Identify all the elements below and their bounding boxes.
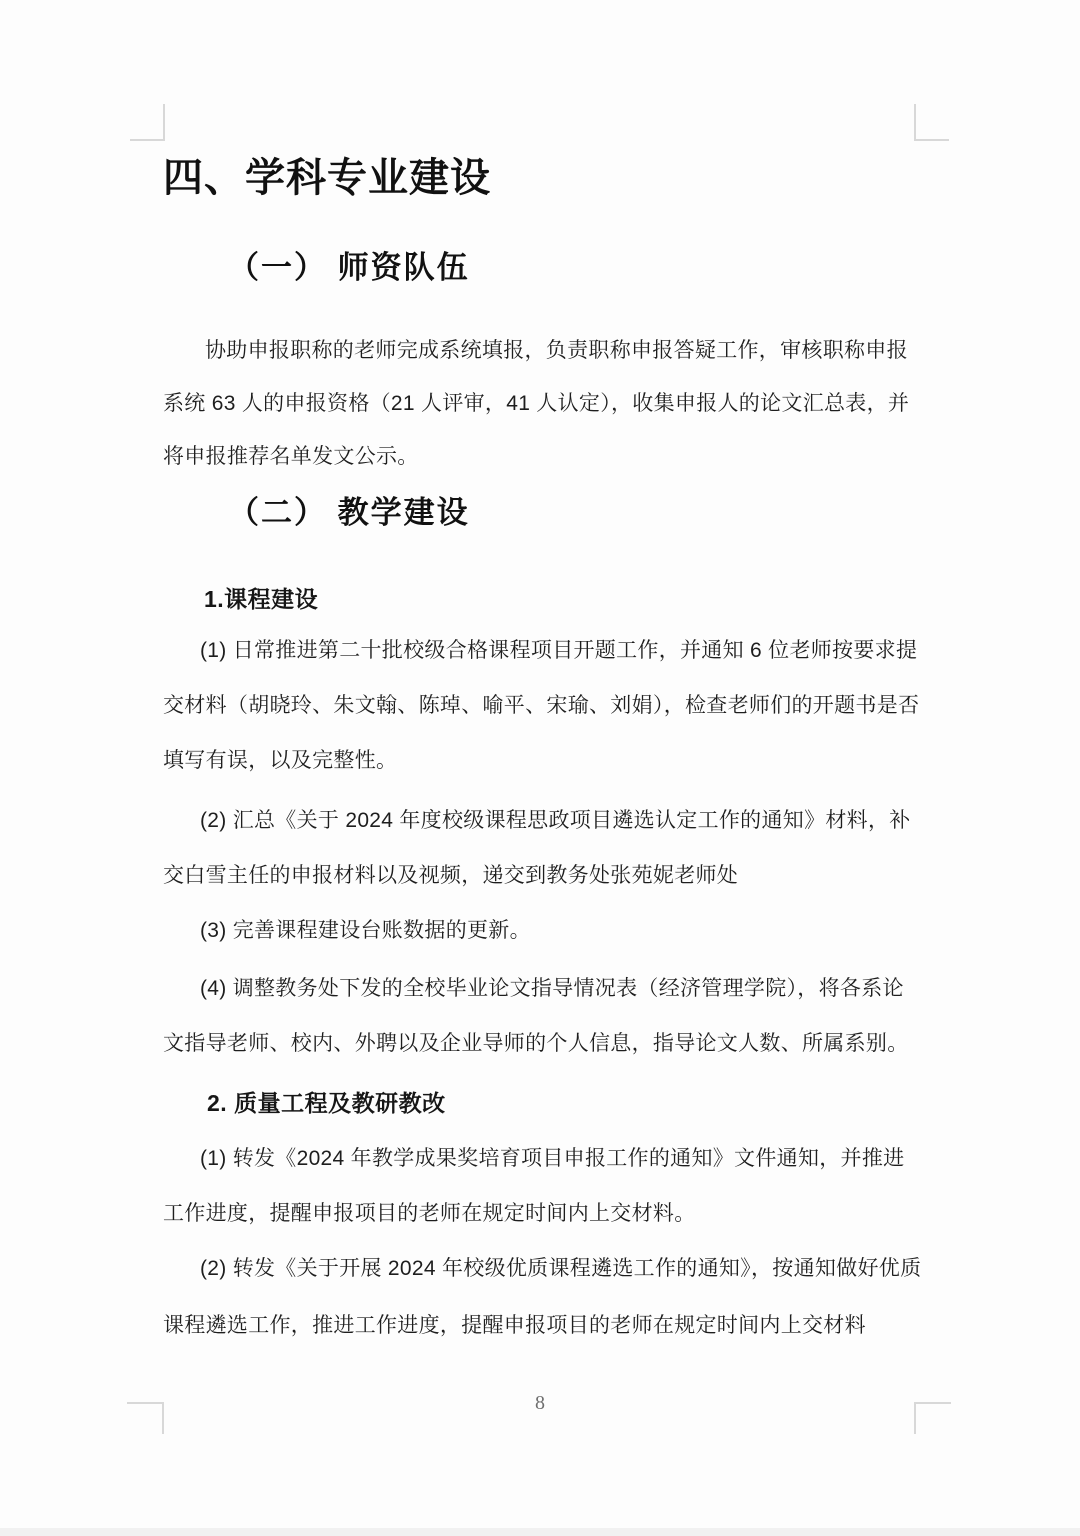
list-item-line: (2) 汇总《关于 2024 年度校级课程思政项目遴选认定工作的通知》材料，补 <box>163 806 1000 836</box>
page-title: 四、学科专业建设 <box>163 146 491 203</box>
crop-mark-top-right-icon <box>914 104 949 141</box>
subsection-heading-course-construction: 1.课程建设 <box>204 581 318 614</box>
list-item-line: (3) 完善课程建设台账数据的更新。 <box>163 916 1000 946</box>
paragraph-line: 系统 63 人的申报资格（21 人评审，41 人认定），收集申报人的论文汇总表，… <box>163 389 963 419</box>
list-item-line: 工作进度，提醒申报项目的老师在规定时间内上交材料。 <box>163 1199 963 1229</box>
list-item-line: 交材料（胡晓玲、朱文翰、陈琸、喻平、宋瑜、刘娟），检查老师们的开题书是否 <box>163 691 963 721</box>
paragraph-line: 将申报推荐名单发文公示。 <box>163 442 963 472</box>
list-item-line: 文指导老师、校内、外聘以及企业导师的个人信息，指导论文人数、所属系别。 <box>163 1029 963 1059</box>
crop-mark-top-left-icon <box>130 104 165 141</box>
section-heading-teaching-construction: （二） 教学建设 <box>228 487 470 532</box>
page-number: 8 <box>0 1392 1080 1415</box>
page-bottom-edge <box>0 1528 1080 1536</box>
list-item-line: (2) 转发《关于开展 2024 年校级优质课程遴选工作的通知》，按通知做好优质 <box>163 1254 1000 1284</box>
list-item-line: (1) 转发《2024 年教学成果奖培育项目申报工作的通知》文件通知，并推进 <box>163 1144 1000 1174</box>
list-item-line: (4) 调整教务处下发的全校毕业论文指导情况表（经济管理学院），将各系论 <box>163 974 1000 1004</box>
list-item-line: 交白雪主任的申报材料以及视频，递交到教务处张苑妮老师处 <box>163 861 963 891</box>
list-item-line: 课程遴选工作，推进工作进度，提醒申报项目的老师在规定时间内上交材料 <box>163 1311 963 1341</box>
list-item-line: (1) 日常推进第二十批校级合格课程项目开题工作，并通知 6 位老师按要求提 <box>163 636 1000 666</box>
document-page: 四、学科专业建设 （一） 师资队伍 协助申报职称的老师完成系统填报，负责职称申报… <box>0 0 1080 1536</box>
list-item-line: 填写有误，以及完整性。 <box>163 746 963 776</box>
section-heading-teacher-team: （一） 师资队伍 <box>228 242 470 287</box>
subsection-heading-quality-engineering: 2. 质量工程及教研教改 <box>207 1085 446 1118</box>
paragraph-line: 协助申报职称的老师完成系统填报，负责职称申报答疑工作，审核职称申报 <box>163 336 1005 366</box>
